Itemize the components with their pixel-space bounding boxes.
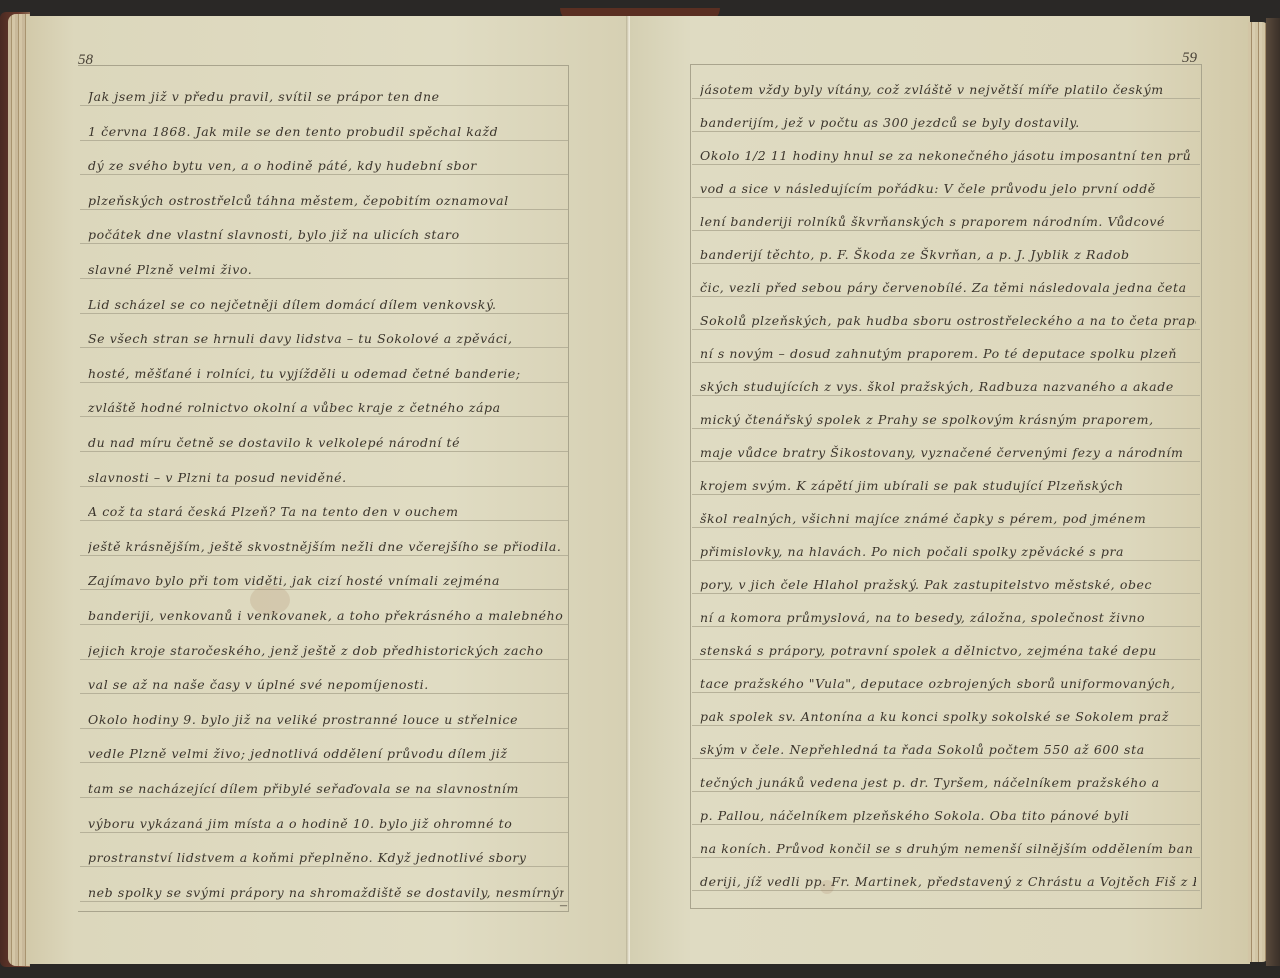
handwritten-line: Jak jsem již v předu pravil, svítil se p… (88, 88, 564, 106)
handwritten-line: počátek dne vlastní slavnosti, bylo již … (88, 226, 564, 244)
handwritten-line: vedle Plzně velmi živo; jednotlivá odděl… (88, 745, 564, 763)
handwritten-line: val se až na naše časy v úplné své nepom… (88, 676, 564, 694)
handwritten-line: p. Pallou, náčelníkem plzeňského Sokola.… (700, 807, 1196, 825)
handwritten-line: banderijí těchto, p. F. Škoda ze Škvrňan… (700, 246, 1196, 264)
handwritten-line: dý ze svého bytu ven, a o hodině páté, k… (88, 157, 564, 175)
handwritten-line: pak spolek sv. Antonína a ku konci spolk… (700, 708, 1196, 726)
handwritten-line: jejich kroje staročeského, jenž ještě z … (88, 642, 564, 660)
handwritten-line: přimislovky, na hlavách. Po nich počali … (700, 543, 1196, 561)
handwritten-line: slavné Plzně velmi živo. (88, 261, 564, 279)
handwritten-line: vod a sice v následujícím pořádku: V čel… (700, 180, 1196, 198)
handwritten-line: lení banderiji rolníků škvrňanských s pr… (700, 213, 1196, 231)
handwritten-line: tam se nacházející dílem přibylé seřaďov… (88, 780, 564, 798)
handwritten-line: krojem svým. K zápětí jim ubírali se pak… (700, 477, 1196, 495)
handwritten-line: tace pražského "Vula", deputace ozbrojen… (700, 675, 1196, 693)
handwritten-line: Sokolů plzeňských, pak hudba sboru ostro… (700, 312, 1196, 330)
handwritten-line: ských studujících z vys. škol pražských,… (700, 378, 1196, 396)
left-page-number: 58 (78, 52, 93, 69)
handwritten-line: du nad míru četně se dostavilo k velkole… (88, 434, 564, 452)
right-page-number: 59 (1182, 50, 1197, 67)
paper-stain (820, 880, 834, 894)
right-cover-edge (1266, 18, 1280, 966)
handwritten-line: pory, v jich čele Hlahol pražský. Pak za… (700, 576, 1196, 594)
handwritten-line: Zajímavo bylo při tom viděti, jak cizí h… (88, 572, 564, 590)
handwritten-line: maje vůdce bratry Šikostovany, vyznačené… (700, 444, 1196, 462)
handwritten-line: ní s novým – dosud zahnutým praporem. Po… (700, 345, 1196, 363)
handwritten-line: škol realných, všichni majíce známé čapk… (700, 510, 1196, 528)
handwritten-line: ještě krásnějším, ještě skvostnějším než… (88, 538, 564, 556)
handwritten-line: banderijím, jež v počtu as 300 jezdců se… (700, 114, 1196, 132)
handwritten-line: zvláště hodné rolnictvo okolní a vůbec k… (88, 399, 564, 417)
handwritten-line: Lid scházel se co nejčetněji dílem domác… (88, 296, 564, 314)
handwritten-line: jásotem vždy byly vítány, což zvláště v … (700, 81, 1196, 99)
handwritten-line: banderiji, venkovanů i venkovanek, a toh… (88, 607, 564, 625)
handwritten-line: výboru vykázaná jim místa a o hodině 10.… (88, 815, 564, 833)
handwritten-line: Se všech stran se hrnuli davy lidstva – … (88, 330, 564, 348)
handwritten-line: plzeňských ostrostřelců táhna městem, če… (88, 192, 564, 210)
handwritten-line: na koních. Průvod končil se s druhým nem… (700, 840, 1196, 858)
handwritten-line: mický čtenářský spolek z Prahy se spolko… (700, 411, 1196, 429)
handwritten-line: stenská s prápory, potravní spolek a děl… (700, 642, 1196, 660)
handwritten-line: ským v čele. Nepřehledná ta řada Sokolů … (700, 741, 1196, 759)
handwritten-line: 1 června 1868. Jak mile se den tento pro… (88, 123, 564, 141)
handwritten-line: čic, vezli před sebou páry červenobílé. … (700, 279, 1196, 297)
handwritten-line: tečných junáků vedena jest p. dr. Tyršem… (700, 774, 1196, 792)
handwritten-line: hosté, měšťané i rolníci, tu vyjížděli u… (88, 365, 564, 383)
catchword-mark: – (560, 898, 567, 914)
handwritten-line: slavnosti – v Plzni ta posud neviděné. (88, 469, 564, 487)
paper-stain (250, 585, 290, 615)
handwritten-line: prostranství lidstvem a koňmi přeplněno.… (88, 849, 564, 867)
handwritten-line: deriji, jíž vedli pp. Fr. Martinek, před… (700, 873, 1196, 891)
handwritten-line: Okolo hodiny 9. bylo již na veliké prost… (88, 711, 564, 729)
handwritten-line: neb spolky se svými prápory na shromaždi… (88, 884, 564, 902)
handwritten-line: Okolo 1/2 11 hodiny hnul se za nekonečné… (700, 147, 1196, 165)
handwritten-line: ní a komora průmyslová, na to besedy, zá… (700, 609, 1196, 627)
handwritten-line: A což ta stará česká Plzeň? Ta na tento … (88, 503, 564, 521)
